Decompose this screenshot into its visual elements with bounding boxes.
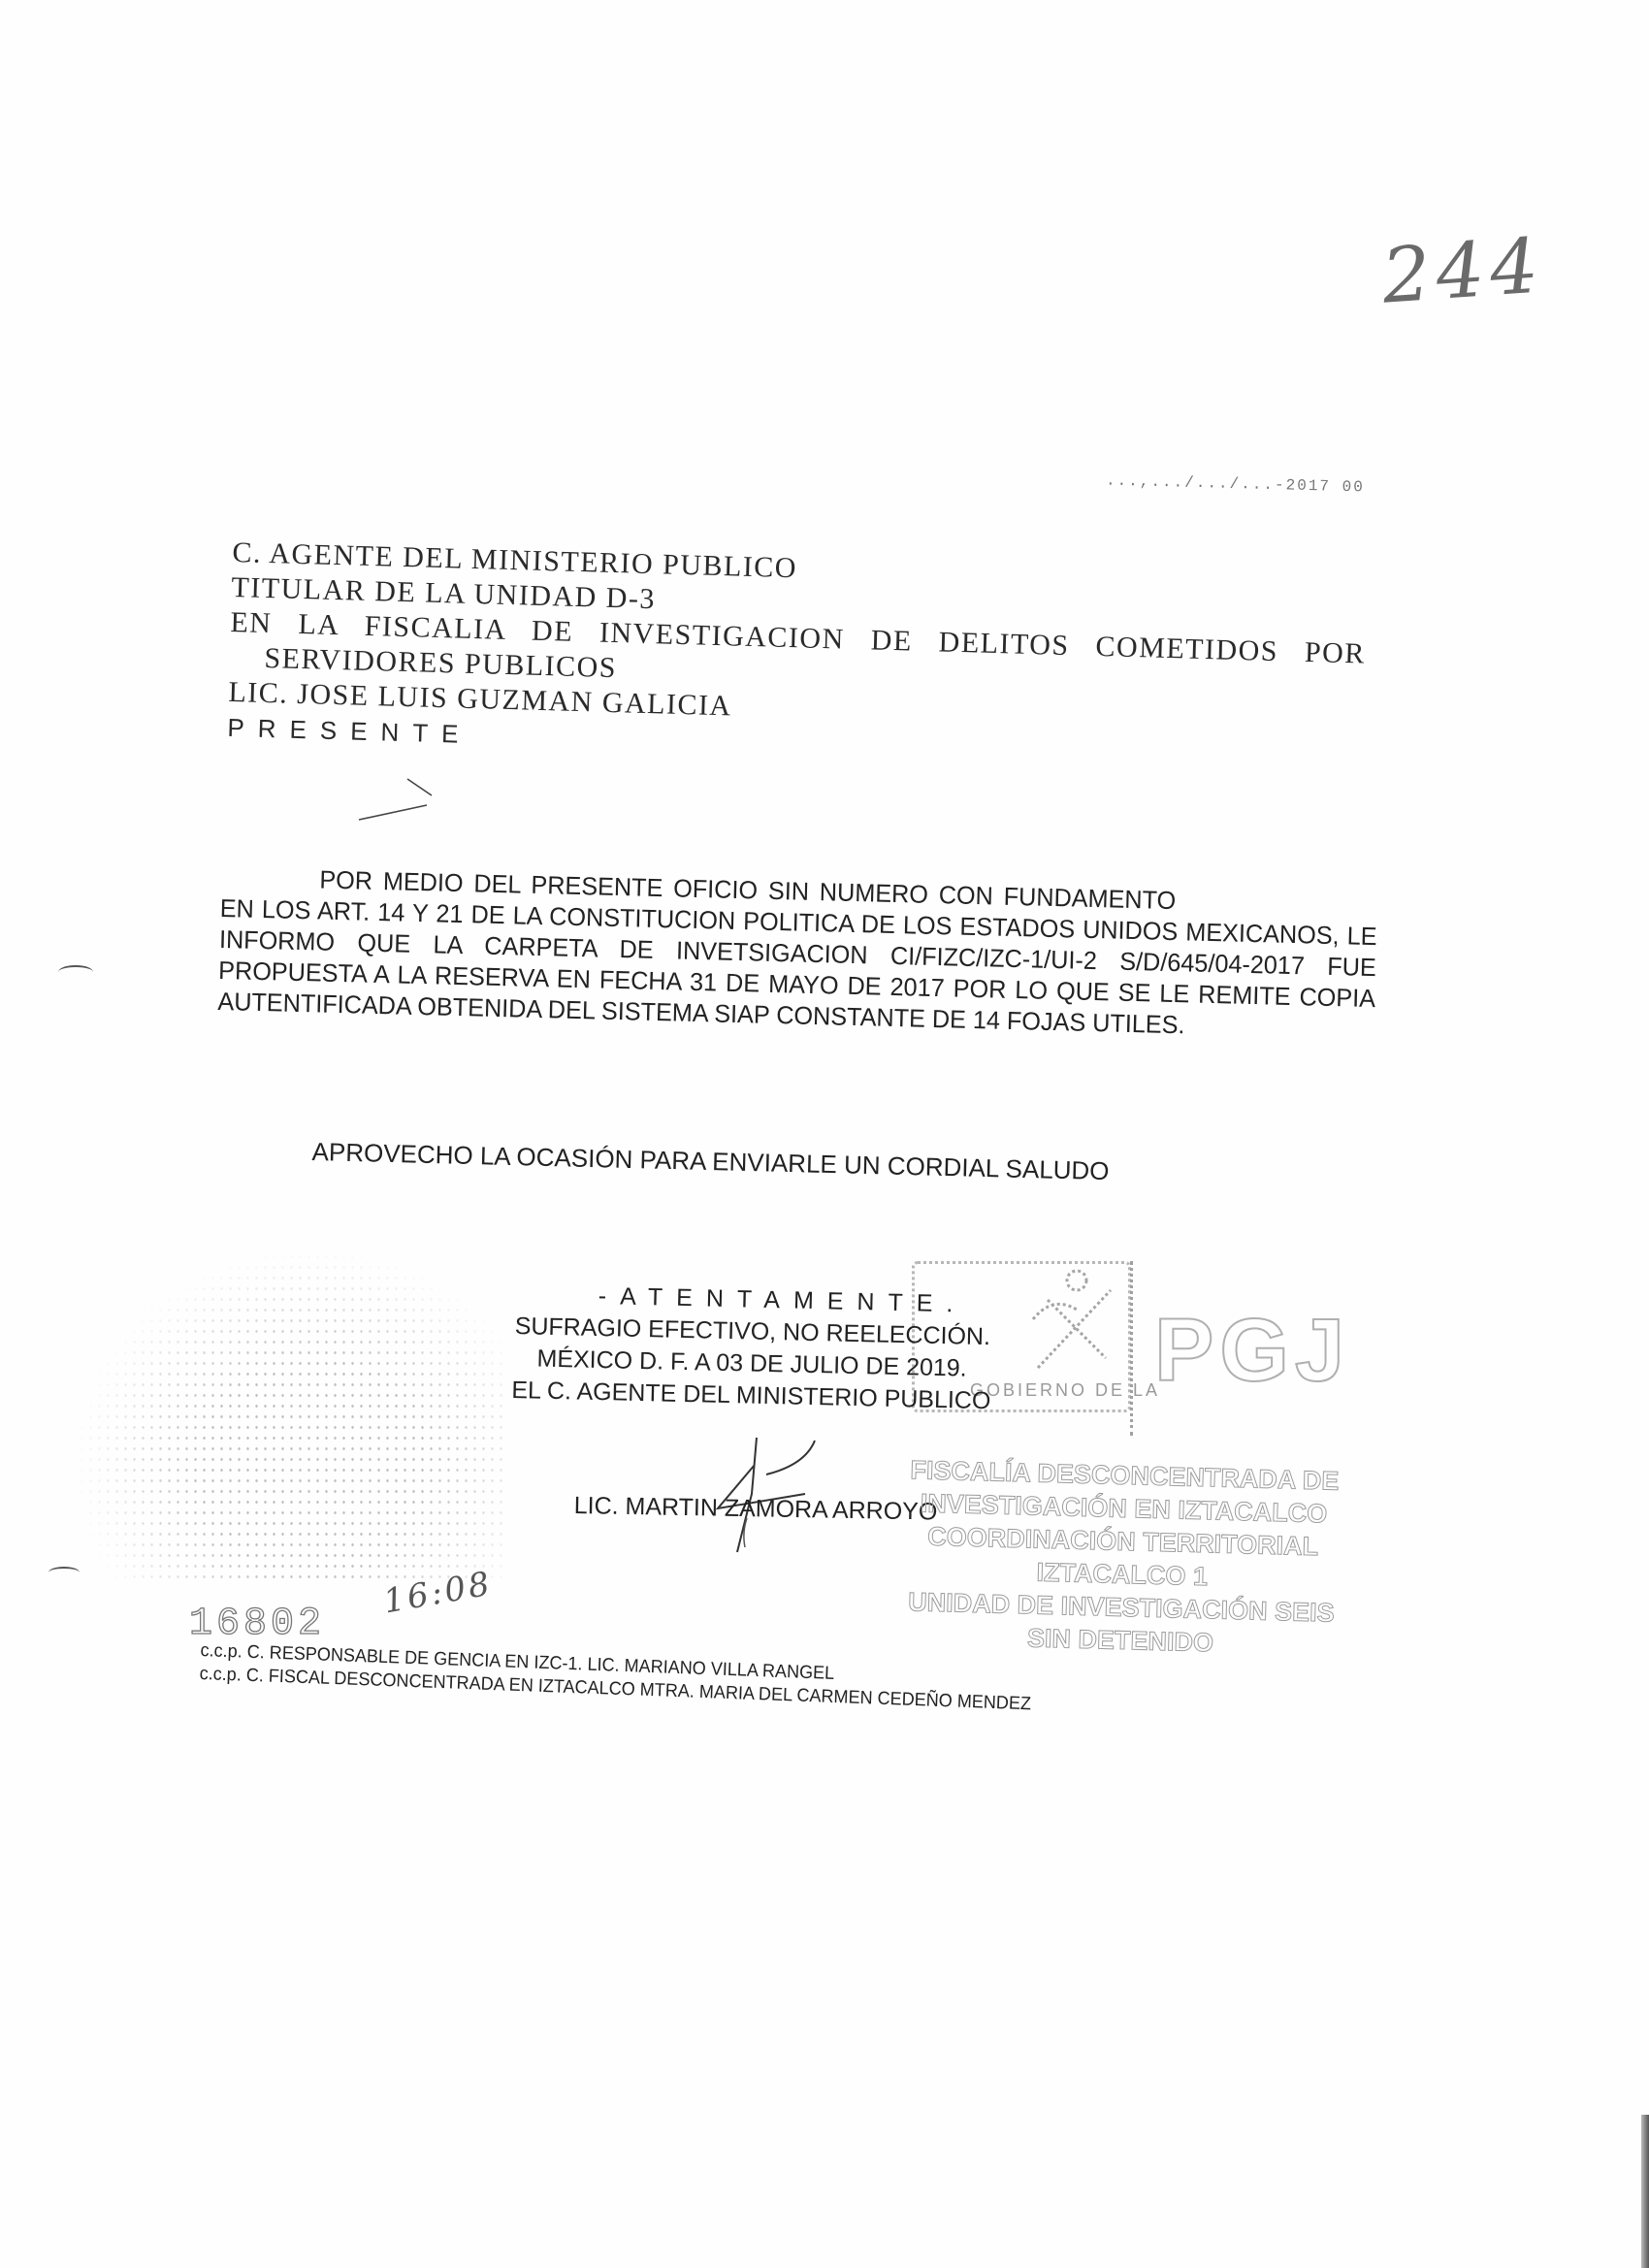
reception-stamp-text: FISCALÍA DESCONCENTRADA DE INVESTIGACIÓN… — [897, 1453, 1348, 1663]
pgj-logo: PGJ — [1154, 1300, 1350, 1402]
cropped-header-fragment: ...,.../.../...-2017 00 — [1106, 472, 1365, 497]
pen-arrow-mark — [349, 771, 446, 829]
scan-mark — [48, 1567, 80, 1578]
scan-mark — [58, 965, 93, 979]
scan-page-edge — [1641, 2115, 1649, 2268]
signer-name: LIC. MARTIN ZAMORA ARROYO — [573, 1492, 937, 1527]
stamp-government-label: GOBIERNO DE LA — [970, 1380, 1160, 1401]
body-paragraph: POR MEDIO DEL PRESENTE OFICIO SIN NUMERO… — [217, 861, 1378, 1045]
scanned-document-page: 244 ...,.../.../...-2017 00 C. AGENTE DE… — [0, 0, 1649, 2268]
faded-reception-stamp — [78, 1251, 504, 1581]
closing-block: -ATENTAMENTE. SUFRAGIO EFECTIVO, NO REEL… — [511, 1279, 993, 1417]
addressee-block: C. AGENTE DEL MINISTERIO PUBLICO TITULAR… — [227, 535, 1368, 777]
justice-emblem-icon — [1018, 1261, 1125, 1387]
stamp-divider — [1130, 1261, 1133, 1436]
greeting-line: APROVECHO LA OCASIÓN PARA ENVIARLE UN CO… — [311, 1137, 1110, 1186]
handwritten-folio-number: 244 — [1379, 222, 1547, 320]
